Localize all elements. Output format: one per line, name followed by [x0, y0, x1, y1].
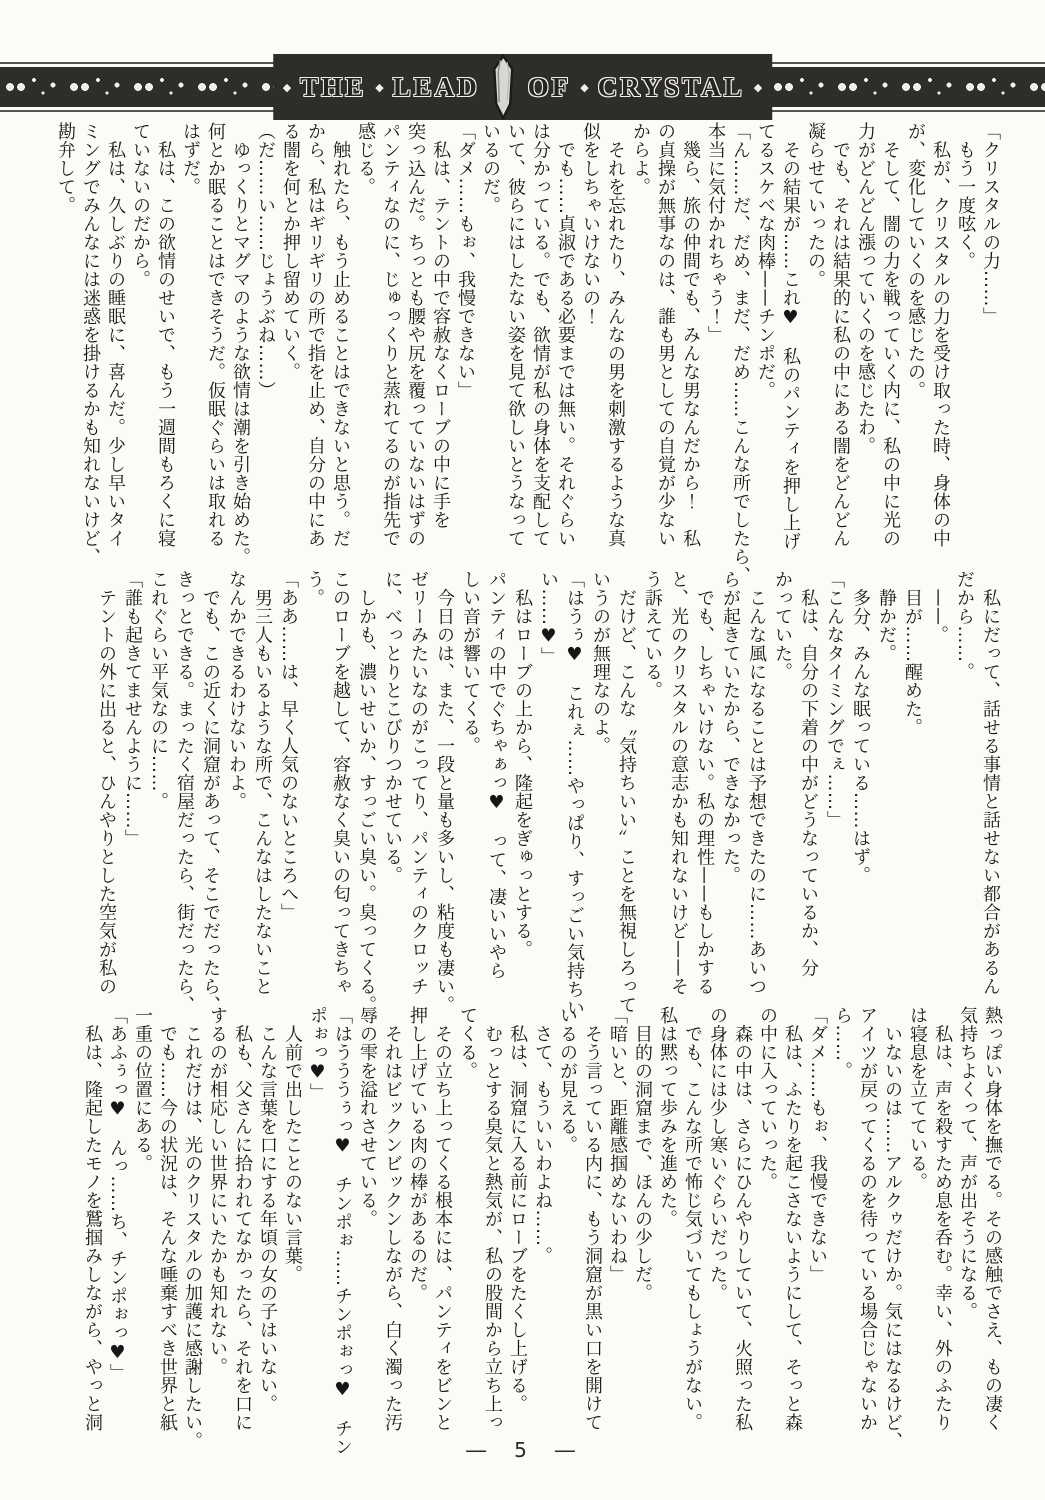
text-column: 辱の雫を溢れさせている。 — [355, 1006, 380, 1464]
text-column: だけど、こんな〝気持ちいい〟ことを無視しろって — [613, 570, 639, 1018]
text-column: 押し上げている肉の棒があるのだ。 — [405, 1006, 430, 1464]
text-column: 熱っぽい身体を撫でる。その感触でさえ、もの凄く — [980, 1006, 1005, 1464]
text-column: 私は、ふたりを起こさないようにして、そっと森 — [780, 1006, 805, 1464]
text-column: は分かっている。でも、欲情が私の身体を支配して — [528, 122, 553, 580]
text-column: 気持ちよくって、声が出そうになる。 — [955, 1006, 980, 1464]
text-column: ゼリーみたいなのがこってり、パンティのクロッチ — [405, 570, 431, 1018]
text-column: からよ。 — [628, 122, 653, 580]
text-column: 力がどんどん漲っていくのを感じたわ。 — [853, 122, 878, 580]
header-banner: ◆ THE ◆ LEAD OF ◆ CRYSTAL ◆ — [0, 62, 1045, 112]
text-column: 今日のは、また、一段と量も多いし、粘度も凄い。 — [431, 570, 457, 1018]
text-column: 「ダメ……もぉ、我慢できない」 — [805, 1006, 830, 1464]
text-column: いるのだ。 — [478, 122, 503, 580]
crystal-icon — [489, 54, 519, 120]
text-column: いないのは……アルクゥだけか。気にはなるけど、 — [880, 1006, 905, 1464]
text-column: 多分、みんな眠っている……はず。 — [847, 570, 873, 1018]
title-word-lead: LEAD — [393, 72, 480, 103]
text-column: 私はローブの上から、隆起をぎゅっとする。 — [509, 570, 535, 1018]
text-column: ゆっくりとマグマのような欲情は潮を引き始めた。 — [228, 122, 253, 580]
text-column: 触れたら、もう止めることはできないと思う。だ — [328, 122, 353, 580]
text-column: 私が、クリスタルの力を受け取った時、身体の中 — [928, 122, 953, 580]
text-column: い……♥」 — [535, 570, 561, 1018]
text-column: 一重の位置にある。 — [130, 1006, 155, 1464]
text-column: 目が……醒めた。 — [899, 570, 925, 1018]
text-column: いるのが見える。 — [555, 1006, 580, 1464]
text-column: 森の中は、さらにひんやりしていて、火照った私 — [730, 1006, 755, 1464]
text-column: に、べっとりとこびりつかせている。 — [379, 570, 405, 1018]
page-number: ― 5 ― — [0, 1434, 1045, 1463]
text-column: が、変化していくのを感じたの。 — [903, 122, 928, 580]
text-column: る闇を何とか押し留めていく。 — [278, 122, 303, 580]
text-column: 幾ら、旅の仲間でも、みんな男なんだから！ 私 — [678, 122, 703, 580]
text-column: 「ああ……は、早く人気のないところへ」 — [275, 570, 301, 1018]
header-banner-frame: ◆ THE ◆ LEAD OF ◆ CRYSTAL ◆ — [0, 62, 1045, 112]
text-column: 本当に気付かれちゃう！」 — [703, 122, 728, 580]
text-column: う訴えている。 — [639, 570, 665, 1018]
text-column: 私にだって、話せる事情と話せない都合があるん — [977, 570, 1003, 1018]
title-word-crystal: CRYSTAL — [598, 72, 745, 103]
text-column: 私は、自分の下着の中がどうなっているか、分 — [795, 570, 821, 1018]
text-column: 何とか眠ることはできそうだ。仮眠ぐらいは取れる — [203, 122, 228, 580]
header-banner-dots-bar: ◆ THE ◆ LEAD OF ◆ CRYSTAL ◆ — [0, 67, 1045, 107]
text-column: 「こんなタイミングでぇ……」 — [821, 570, 847, 1018]
text-column: う。 — [301, 570, 327, 1018]
text-band-1: 「クリスタルの力……」 もう一度呟く。 私が、クリスタルの力を受け取った時、身体… — [53, 122, 1003, 580]
text-column: これぐらい平気なのに……。 — [145, 570, 171, 1018]
text-column: （だ……い……じょうぶね……） — [253, 122, 278, 580]
text-column: パンティなのに、じゅっくりと蒸れてるのが指先で — [378, 122, 403, 580]
text-column: だから……。 — [951, 570, 977, 1018]
text-column: こんな言葉を口にする年頃の女の子はいない。 — [255, 1006, 280, 1464]
text-column: でも……今の状況は、そんな唾棄すべき世界と紙 — [155, 1006, 180, 1464]
header-title: ◆ THE ◆ LEAD OF ◆ CRYSTAL ◆ — [273, 54, 773, 120]
diamond-separator-icon: ◆ — [375, 82, 383, 93]
text-column: 人前で出したことのない言葉。 — [280, 1006, 305, 1464]
text-column: ——。 — [925, 570, 951, 1018]
diamond-separator-icon: ◆ — [283, 82, 291, 93]
text-column: 感じる。 — [353, 122, 378, 580]
diamond-separator-icon: ◆ — [580, 82, 588, 93]
text-column: そして、闇の力を戦っていく内に、私の中に光の — [878, 122, 903, 580]
text-column: 男三人もいるような所で、こんなはしたないこと — [249, 570, 275, 1018]
text-column: はずだ。 — [178, 122, 203, 580]
text-column: 私は、声を殺すため息を呑む。幸い、外のふたり — [930, 1006, 955, 1464]
title-word-of: OF — [528, 72, 572, 103]
text-column: 静かだ。 — [873, 570, 899, 1018]
text-column: 私は黙って歩みを進めた。 — [655, 1006, 680, 1464]
text-column: するのが相応しい世界にいたかも知れない。 — [205, 1006, 230, 1464]
text-column: でも、しちゃいけない。私の理性——もしかする — [691, 570, 717, 1018]
text-column: から、私はギリギリの所で指を止め、自分の中にあ — [303, 122, 328, 580]
text-band-3: 熱っぽい身体を撫でる。その感触でさえ、もの凄く気持ちよくって、声が出そうになる。… — [80, 1006, 1005, 1464]
text-column: 私は、隆起したモノを鷲掴みしながら、やっと洞 — [80, 1006, 105, 1464]
text-column: いうのが無理なのよ。 — [587, 570, 613, 1018]
title-word-the: THE — [300, 72, 366, 103]
text-column: 「ん……だ、だめ、まだ、だめ……こんな所でしたら、 — [728, 122, 753, 580]
text-column: ミングでみんなには迷惑を掛けるかも知れないけど、 — [78, 122, 103, 580]
text-column: なんかできるわけないわよ。 — [223, 570, 249, 1018]
text-column: かっていた。 — [769, 570, 795, 1018]
text-column: パンティの中でぐちゃぁっ♥ って、凄いいやら — [483, 570, 509, 1018]
text-column: もう一度呟く。 — [953, 122, 978, 580]
text-column: ポぉっ♥」 — [305, 1006, 330, 1464]
text-column: ら……。 — [830, 1006, 855, 1464]
text-column: 「はうううぅっ♥ チンポぉ……チンポぉっ♥ チン — [330, 1006, 355, 1464]
diamond-separator-icon: ◆ — [754, 82, 762, 93]
text-column: 私は、この欲情のせいで、もう一週間もろくに寝 — [153, 122, 178, 580]
text-column: 私も、父さんに拾われてなかったら、それを口に — [230, 1006, 255, 1464]
text-column: 私は、テントの中で容赦なくローブの中に手を — [428, 122, 453, 580]
text-column: むっとする臭気と熱気が、私の股間から立ち上っ — [480, 1006, 505, 1464]
text-column: しかも、濃いせいか、すっごい臭い。臭ってくる。 — [353, 570, 379, 1018]
text-column: は寝息を立てている。 — [905, 1006, 930, 1464]
text-column: テントの外に出ると、ひんやりとした空気が私の — [93, 570, 119, 1018]
text-column: その結果が……これ♥ 私のパンティを押し上げ — [778, 122, 803, 580]
text-column: きっとできる。まったく宿屋だったら、街だったら、 — [171, 570, 197, 1018]
text-column: それを忘れたり、みんなの男を刺激するような真 — [603, 122, 628, 580]
text-column: そう言っている内に、もう洞窟が黒い口を開けて — [580, 1006, 605, 1464]
text-column: 私は、洞窟に入る前にローブをたくし上げる。 — [505, 1006, 530, 1464]
text-column: 似をしちゃいけないの！ — [578, 122, 603, 580]
text-column: さて、もういいわよね……。 — [530, 1006, 555, 1464]
text-column: の中に入っていった。 — [755, 1006, 780, 1464]
scanned-doujinshi-page: ◆ THE ◆ LEAD OF ◆ CRYSTAL ◆ — [0, 0, 1045, 1500]
text-column: こんな風になることは予想できたのに……あいつ — [743, 570, 769, 1018]
text-column: てくる。 — [455, 1006, 480, 1464]
text-band-2: 私にだって、話せる事情と話せない都合があるんだから……。 ——。 目が……醒めた… — [93, 570, 1003, 1018]
text-column: 「誰も起きてませんように……」 — [119, 570, 145, 1018]
text-column: らが起きていたから、できなかった。 — [717, 570, 743, 1018]
text-column: 「クリスタルの力……」 — [978, 122, 1003, 580]
text-column: 私は、久しぶりの睡眠に、喜んだ。少し早いタイ — [103, 122, 128, 580]
text-column: 目的の洞窟まで、ほんの少しだ。 — [630, 1006, 655, 1464]
text-column: でも、こんな所で怖じ気づいてもしょうがない。 — [680, 1006, 705, 1464]
text-column: の身体には少し寒いぐらいだった。 — [705, 1006, 730, 1464]
text-column: 「はうぅ♥ これぇ……やっぱり、すっごい気持ちい — [561, 570, 587, 1018]
text-column: でも、この近くに洞窟があって、そこでだったら、 — [197, 570, 223, 1018]
text-column: それはビックンビックンしながら、白く濁った汚 — [380, 1006, 405, 1464]
text-column: その立ち上ってくる根本には、パンティをビンと — [430, 1006, 455, 1464]
text-column: いて、彼らにはしたない姿を見て欲しいとうなって — [503, 122, 528, 580]
text-column: でも……貞淑である必要までは無い。それぐらい — [553, 122, 578, 580]
text-column: しい音が響いてくる。 — [457, 570, 483, 1018]
text-column: てるスケベな肉棒——チンポだ。 — [753, 122, 778, 580]
text-column: 凝らせていったの。 — [803, 122, 828, 580]
text-column: アイツが戻ってくるのを待っている場合じゃないか — [855, 1006, 880, 1464]
text-column: の貞操が無事なのは、誰も男としての自覚が少ない — [653, 122, 678, 580]
text-column: でも、それは結果的に私の中にある闇をどんどん — [828, 122, 853, 580]
text-column: 突っ込んだ。ちっとも腰や尻を覆っていないはずの — [403, 122, 428, 580]
text-column: 「ダメ……もぉ、我慢できない」 — [453, 122, 478, 580]
text-column: これだけは、光のクリスタルの加護に感謝したい。 — [180, 1006, 205, 1464]
text-column: 「あふぅっ♥ んっ……ち、チンポぉっ♥」 — [105, 1006, 130, 1464]
text-column: 勘弁して。 — [53, 122, 78, 580]
text-column: このローブを越して、容赦なく臭いの匂ってきちゃ — [327, 570, 353, 1018]
text-column: と、光のクリスタルの意志かも知れないけど——そ — [665, 570, 691, 1018]
text-column: 「暗いと、距離感掴めないわね」 — [605, 1006, 630, 1464]
text-column: ていないのだから。 — [128, 122, 153, 580]
